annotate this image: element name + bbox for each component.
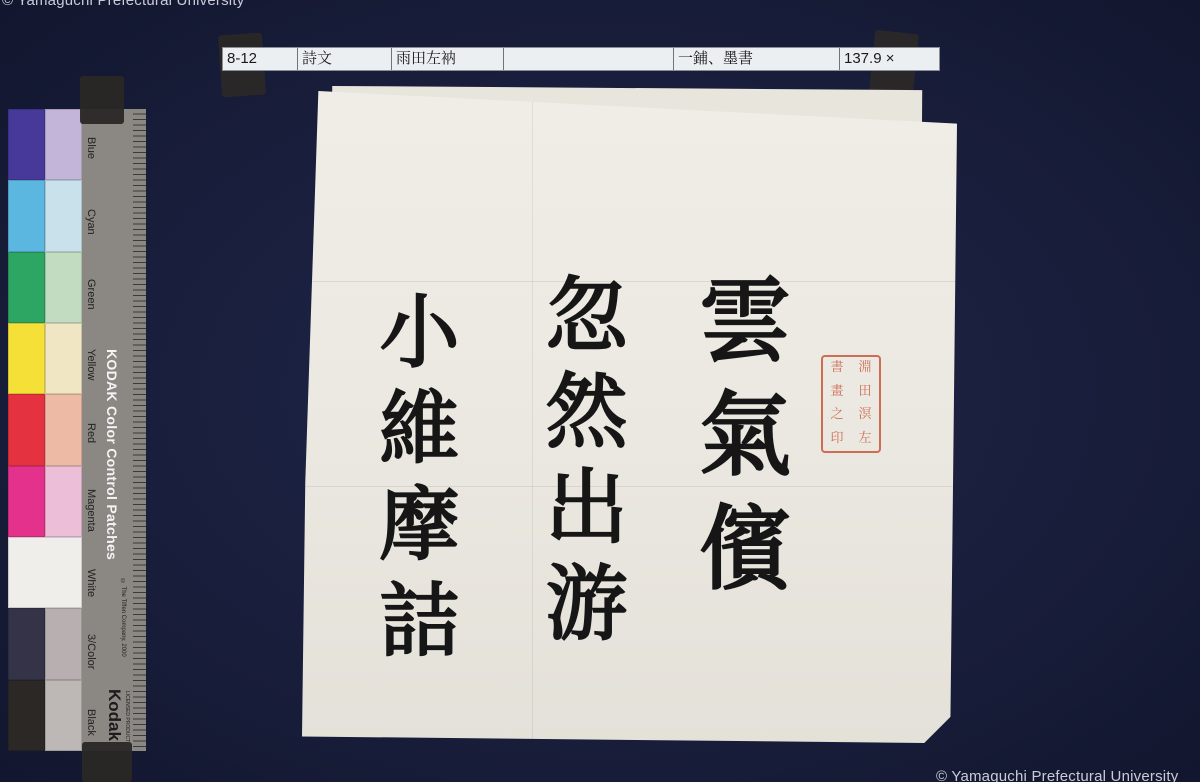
patch-green-light — [45, 252, 82, 323]
patch-blue-light — [45, 109, 82, 180]
seal-char: 溟 — [851, 404, 879, 428]
calligraphy-column-2: 忽然出游 — [522, 272, 639, 656]
calligraphy-column-1: 雲氣儐 — [672, 272, 804, 614]
patch-name: Red — [85, 423, 97, 443]
patch-blue-dark — [8, 109, 45, 180]
patch-name: Cyan — [85, 209, 97, 235]
tape-ruler-bottom — [82, 742, 132, 782]
catalog-label: 8-12 詩文 雨田左衲 一鋪、墨書 137.9 × — [222, 47, 940, 71]
patch-name: White — [85, 569, 97, 597]
credit-bottom: © Yamaguchi Prefectural University — [936, 768, 1178, 782]
artist-seal: 書 淵 畫 田 之 溟 印 左 — [821, 355, 881, 453]
color-patches — [8, 109, 82, 751]
seal-char: 書 — [823, 357, 851, 381]
patch-name: Blue — [85, 137, 97, 159]
patch-red-dark — [8, 394, 45, 465]
patch-black-dark — [8, 680, 45, 751]
patch-3color-light — [45, 608, 82, 679]
seal-char: 左 — [851, 428, 879, 452]
seal-char: 之 — [823, 404, 851, 428]
label-genre: 詩文 — [298, 48, 392, 70]
patch-cyan-dark — [8, 180, 45, 251]
patch-yellow-dark — [8, 323, 45, 394]
label-format: 一鋪、墨書 — [674, 48, 840, 70]
patch-white — [8, 537, 82, 608]
seal-char: 印 — [823, 428, 851, 452]
label-size: 137.9 × — [840, 48, 939, 70]
card-title: KODAK Color Control Patches — [104, 349, 120, 560]
ruler-ticks — [124, 109, 146, 751]
tape-ruler-top — [80, 76, 124, 124]
kodak-logo: Kodak — [104, 689, 124, 741]
patch-name: Magenta — [85, 489, 97, 532]
patch-yellow-light — [45, 323, 82, 394]
patch-name: 3/Color — [85, 634, 97, 669]
label-id: 8-12 — [223, 48, 298, 70]
label-artist: 雨田左衲 — [392, 48, 504, 70]
patch-magenta-light — [45, 466, 82, 537]
label-blank — [504, 48, 674, 70]
patch-magenta-dark — [8, 466, 45, 537]
seal-char: 畫 — [823, 381, 851, 405]
seal-char: 田 — [851, 381, 879, 405]
seal-char: 淵 — [851, 357, 879, 381]
patch-black-light — [45, 680, 82, 751]
patch-green-dark — [8, 252, 45, 323]
patch-3color-dark — [8, 608, 45, 679]
patch-cyan-light — [45, 180, 82, 251]
patch-red-light — [45, 394, 82, 465]
kodak-ruler: Blue Cyan Green Yellow Red Magenta White… — [82, 109, 146, 751]
calligraphy-column-3: 小維摩詰 — [356, 290, 471, 674]
patch-name: Green — [85, 279, 97, 310]
patch-name: Black — [85, 709, 97, 736]
credit-top: © Yamaguchi Prefectural University — [2, 0, 244, 9]
patch-name: Yellow — [85, 349, 97, 380]
patch-names: Blue Cyan Green Yellow Red Magenta White… — [82, 109, 104, 751]
